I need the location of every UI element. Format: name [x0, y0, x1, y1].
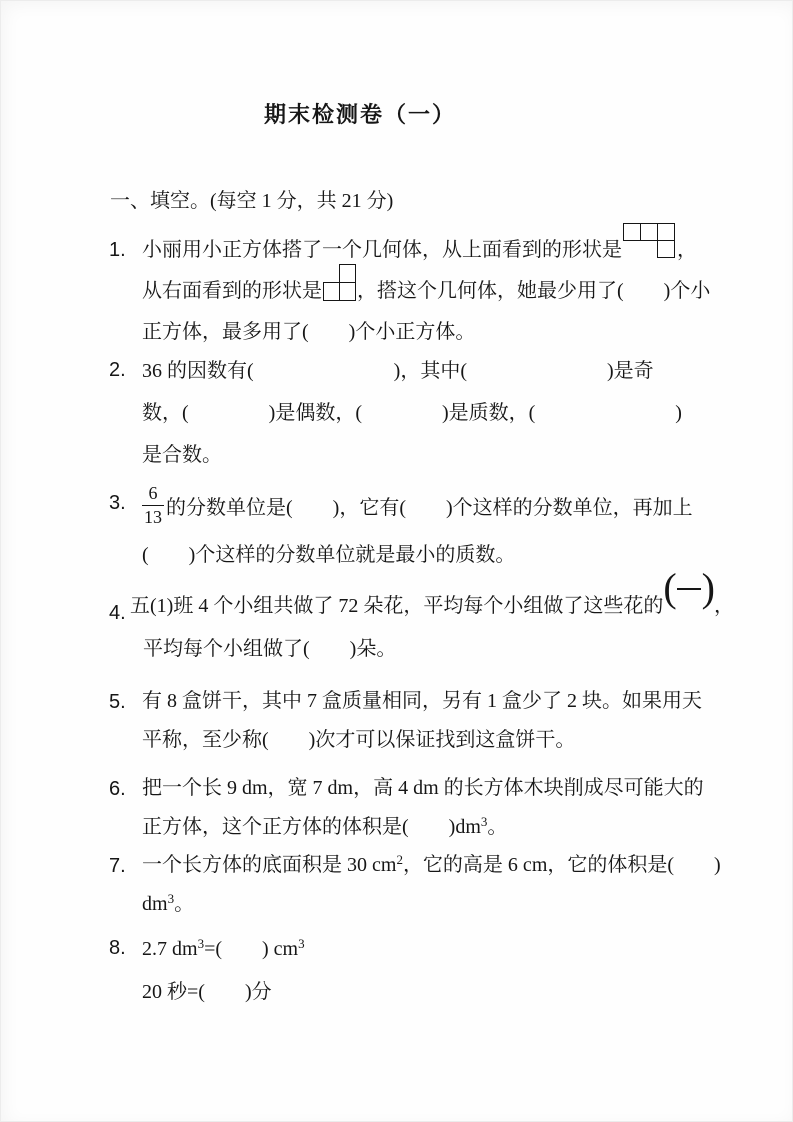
question-3-line-1: 613的分数单位是( )，它有( )个这样的分数单位，再加上	[142, 476, 702, 534]
question-text: 正方体，这个正方体的体积是( )dm	[142, 816, 481, 838]
question-8: 8. 2.7 dm3=( ) cm3 20 秒=( )分	[142, 928, 702, 1014]
question-2: 2. 36 的因数有( )，其中( )是奇 数，( )是偶数，( )是质数，( …	[142, 350, 702, 476]
question-7-number: 7.	[109, 856, 126, 876]
fraction-6-13: 613	[142, 482, 164, 529]
question-2-number: 2.	[109, 360, 126, 380]
question-4-line-2: 平均每个小组做了( )朵。	[130, 635, 690, 663]
question-text: ，	[677, 239, 697, 261]
question-8-line-1: 2.7 dm3=( ) cm3	[142, 928, 702, 971]
question-text: 一个长方体的底面积是 30 cm	[142, 854, 396, 876]
question-8-number: 8.	[109, 938, 126, 958]
question-3: 3. 613的分数单位是( )，它有( )个这样的分数单位，再加上 ( )个这样…	[142, 476, 702, 570]
fraction-denominator: 13	[142, 506, 164, 529]
square-cell	[339, 282, 356, 301]
question-3-number: 3.	[109, 493, 126, 513]
question-1-line-3: 正方体，最多用了( )个小正方体。	[142, 312, 702, 353]
top-view-diagram	[623, 240, 676, 258]
question-text: 从右面看到的形状是	[142, 280, 322, 302]
question-8-line-2: 20 秒=( )分	[142, 971, 702, 1014]
big-left-paren: (	[663, 565, 675, 610]
question-6-line-1: 把一个长 9 dm，宽 7 dm，高 4 dm 的长方体木块削成尽可能大的	[142, 769, 702, 808]
question-text: dm	[142, 893, 168, 915]
question-text: 。	[174, 893, 194, 915]
question-2-line-2: 数，( )是偶数，( )是质数，( )	[142, 392, 702, 434]
question-text: 五(1)班 4 个小组共做了 72 朵花，平均每个小组做了这些花的	[130, 595, 663, 617]
question-5-number: 5.	[109, 692, 126, 712]
big-right-paren: )	[702, 565, 714, 610]
question-1: 1. 小丽用小正方体搭了一个几何体，从上面看到的形状是， 从右面看到的形状是，搭…	[142, 230, 702, 353]
fraction-numerator: 6	[142, 482, 164, 506]
square-cell	[640, 223, 658, 241]
question-4: 4. 五(1)班 4 个小组共做了 72 朵花，平均每个小组做了这些花的()， …	[130, 583, 690, 663]
question-4-line-1: 五(1)班 4 个小组共做了 72 朵花，平均每个小组做了这些花的()，	[130, 583, 690, 629]
question-text: 的分数单位是( )，它有( )个这样的分数单位，再加上	[166, 491, 693, 520]
question-5: 5. 有 8 盒饼干，其中 7 盒质量相同，另有 1 盒少了 2 块。如果用天 …	[142, 682, 702, 760]
square-cell	[623, 223, 641, 241]
question-3-line-2: ( )个这样的分数单位就是最小的质数。	[142, 540, 702, 570]
square-cell	[657, 240, 675, 258]
question-text: ，搭这个几何体，她最少用了( )个小	[357, 280, 710, 302]
question-6: 6. 把一个长 9 dm，宽 7 dm，高 4 dm 的长方体木块削成尽可能大的…	[142, 769, 702, 847]
question-2-line-3: 是合数。	[142, 434, 702, 476]
question-1-number: 1.	[109, 240, 126, 260]
question-4-number: 4.	[109, 603, 126, 623]
question-1-line-2: 从右面看到的形状是，搭这个几何体，她最少用了( )个小	[142, 271, 702, 312]
question-text: =( ) cm	[204, 938, 298, 960]
question-7-line-2: dm3。	[142, 885, 702, 924]
question-5-line-1: 有 8 盒饼干，其中 7 盒质量相同，另有 1 盒少了 2 块。如果用天	[142, 682, 702, 721]
question-6-line-2: 正方体，这个正方体的体积是( )dm3。	[142, 808, 702, 847]
question-7-line-1: 一个长方体的底面积是 30 cm2，它的高是 6 cm，它的体积是( )	[142, 846, 702, 885]
question-5-line-2: 平称，至少称( )次才可以保证找到这盒饼干。	[142, 721, 702, 760]
exam-page: 期末检测卷（一） 一、填空。(每空 1 分，共 21 分) 1. 小丽用小正方体…	[0, 0, 793, 1122]
question-2-line-1: 36 的因数有( )，其中( )是奇	[142, 350, 702, 392]
question-text: 。	[487, 816, 507, 838]
question-text: ，它的高是 6 cm，它的体积是( )	[403, 854, 721, 876]
blank-fraction-bar	[677, 588, 701, 590]
question-7: 7. 一个长方体的底面积是 30 cm2，它的高是 6 cm，它的体积是( ) …	[142, 846, 702, 924]
question-6-number: 6.	[109, 779, 126, 799]
question-text: 小丽用小正方体搭了一个几何体，从上面看到的形状是	[142, 239, 622, 261]
section-heading: 一、填空。(每空 1 分，共 21 分)	[110, 188, 393, 214]
right-view-diagram	[323, 282, 356, 301]
square-cell	[323, 282, 340, 301]
question-text: ，	[714, 595, 734, 617]
question-text: 2.7 dm	[142, 938, 198, 960]
superscript-3: 3	[298, 936, 305, 951]
square-cell	[657, 223, 675, 241]
page-title: 期末检测卷（一）	[0, 98, 720, 129]
square-cell	[339, 264, 356, 283]
question-1-line-1: 小丽用小正方体搭了一个几何体，从上面看到的形状是，	[142, 230, 702, 271]
